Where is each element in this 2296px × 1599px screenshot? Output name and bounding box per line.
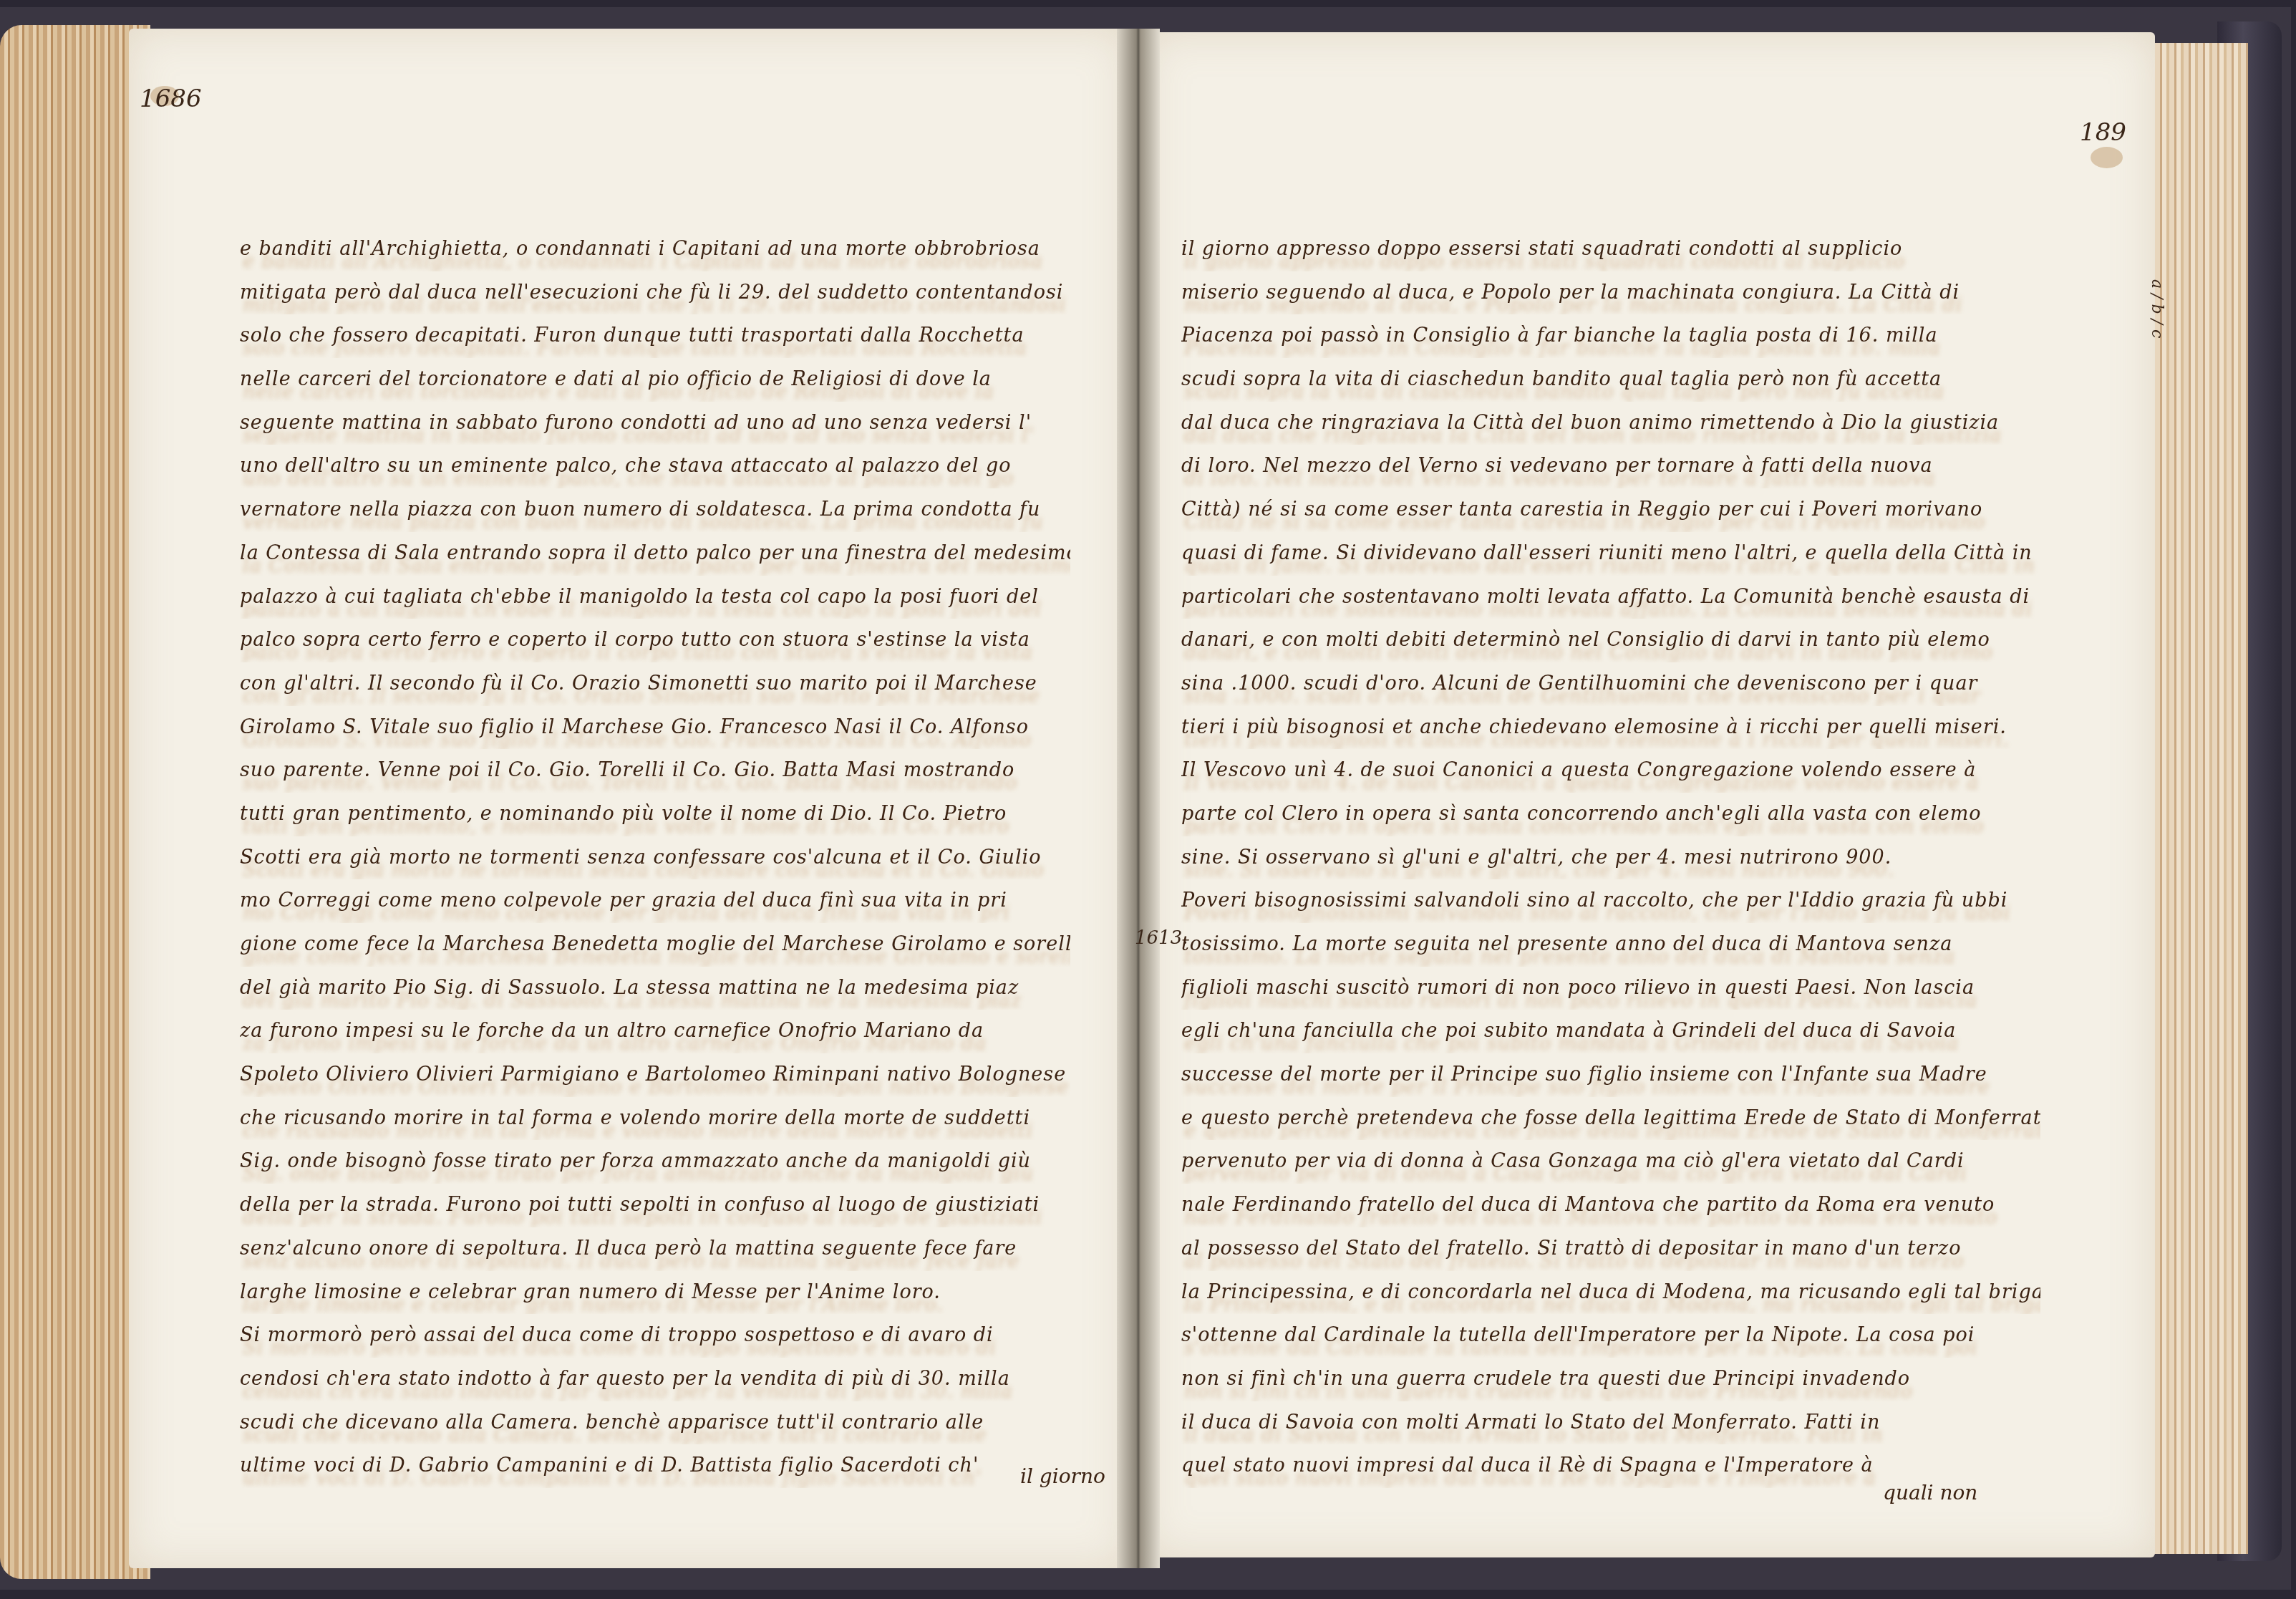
text-line: nelle carceri del torcionatore e dati al… bbox=[240, 358, 1070, 402]
text-line: e banditi all'Archighietta, o condannati… bbox=[240, 228, 1070, 271]
text-line: il giorno appresso doppo essersi stati s… bbox=[1181, 228, 2040, 271]
text-line: palco sopra certo ferro e coperto il cor… bbox=[240, 619, 1070, 662]
text-line: figlioli maschi suscitò rumori di non po… bbox=[1181, 967, 2040, 1010]
text-line: non si finì ch'in una guerra crudele tra… bbox=[1181, 1358, 2040, 1401]
catchword-right: quali non bbox=[1883, 1481, 1977, 1504]
text-line: scudi che dicevano alla Camera. benchè a… bbox=[240, 1401, 1070, 1445]
text-line: suo parente. Venne poi il Co. Gio. Torel… bbox=[240, 749, 1070, 793]
text-line: sine. Si osservano sì gl'uni e gl'altri,… bbox=[1181, 836, 2040, 880]
fore-edge-marks: a / b / c bbox=[2144, 279, 2166, 422]
text-line: mo Correggi come meno colpevole per graz… bbox=[240, 879, 1070, 923]
text-line: s'ottenne dal Cardinale la tutella dell'… bbox=[1181, 1314, 2040, 1358]
text-line: che ricusando morire in tal forma e vole… bbox=[240, 1097, 1070, 1141]
text-line: danari, e con molti debiti determinò nel… bbox=[1181, 619, 2040, 662]
text-line: della per la strada. Furono poi tutti se… bbox=[240, 1184, 1070, 1227]
text-line: con gl'altri. Il secondo fù il Co. Orazi… bbox=[240, 662, 1070, 706]
folio-number-right: 189 bbox=[2080, 118, 2126, 147]
text-line: larghe limosine e celebrar gran numero d… bbox=[240, 1271, 1070, 1315]
text-line: senz'alcuno onore di sepoltura. Il duca … bbox=[240, 1227, 1070, 1271]
text-line: e questo perchè pretendeva che fosse del… bbox=[1181, 1097, 2040, 1141]
text-line: Città) né si sa come esser tanta caresti… bbox=[1181, 488, 2040, 532]
text-line: tutti gran pentimento, e nominando più v… bbox=[240, 793, 1070, 836]
text-line: il duca di Savoia con molti Armati lo St… bbox=[1181, 1401, 2040, 1445]
text-line: quasi di fame. Si dividevano dall'esseri… bbox=[1181, 532, 2040, 576]
text-line: Sig. onde bisognò fosse tirato per forza… bbox=[240, 1140, 1070, 1184]
text-line: tieri i più bisognosi et anche chiedevan… bbox=[1181, 706, 2040, 750]
text-line: scudi sopra la vita di ciaschedun bandit… bbox=[1181, 358, 2040, 402]
left-page-text: e banditi all'Archighietta, o condannati… bbox=[240, 228, 1070, 1488]
margin-year-note: 1613. bbox=[1135, 927, 1188, 949]
text-line: Si mormorò però assai del duca come di t… bbox=[240, 1314, 1070, 1358]
text-line: palazzo à cui tagliata ch'ebbe il manigo… bbox=[240, 576, 1070, 619]
right-page-edges bbox=[2141, 43, 2248, 1554]
text-line: seguente mattina in sabbato furono condo… bbox=[240, 402, 1070, 445]
text-line: la Contessa di Sala entrando sopra il de… bbox=[240, 532, 1070, 576]
text-line: ultime voci di D. Gabrio Campanini e di … bbox=[240, 1444, 1070, 1488]
text-line: al possesso del Stato del fratello. Si t… bbox=[1181, 1227, 2040, 1271]
text-line: Poveri bisognosissimi salvandoli sino al… bbox=[1181, 879, 2040, 923]
text-line: Spoleto Oliviero Olivieri Parmigiano e B… bbox=[240, 1053, 1070, 1097]
text-line: Scotti era già morto ne tormenti senza c… bbox=[240, 836, 1070, 880]
text-line: sina .1000. scudi d'oro. Alcuni de Genti… bbox=[1181, 662, 2040, 706]
text-line: successe del morte per il Principe suo f… bbox=[1181, 1053, 2040, 1097]
text-line: mitigata però dal duca nell'esecuzioni c… bbox=[240, 271, 1070, 315]
text-line: za furono impesi su le forche da un altr… bbox=[240, 1010, 1070, 1053]
text-line: pervenuto per via di donna à Casa Gonzag… bbox=[1181, 1140, 2040, 1184]
text-line: particolari che sostentavano molti levat… bbox=[1181, 576, 2040, 619]
text-line: tosissimo. La morte seguita nel presente… bbox=[1181, 923, 2040, 967]
text-line: uno dell'altro su un eminente palco, che… bbox=[240, 445, 1070, 488]
text-line: Piacenza poi passò in Consiglio à far bi… bbox=[1181, 314, 2040, 358]
text-line: solo che fossero decapitati. Furon dunqu… bbox=[240, 314, 1070, 358]
left-page-edges bbox=[0, 25, 150, 1579]
text-line: Girolamo S. Vitale suo figlio il Marches… bbox=[240, 706, 1070, 750]
book-gutter bbox=[1117, 29, 1160, 1568]
folio-number-left: 1686 bbox=[140, 84, 202, 113]
text-line: di loro. Nel mezzo del Verno si vedevano… bbox=[1181, 445, 2040, 488]
right-page-text: il giorno appresso doppo essersi stati s… bbox=[1181, 228, 2040, 1488]
ink-stain bbox=[2091, 147, 2123, 168]
text-line: vernatore nella piazza con buon numero d… bbox=[240, 488, 1070, 532]
text-line: gione come fece la Marchesa Benedetta mo… bbox=[240, 923, 1070, 967]
text-line: del già marito Pio Sig. di Sassuolo. La … bbox=[240, 967, 1070, 1010]
text-line: parte col Clero in opera sì santa concor… bbox=[1181, 793, 2040, 836]
text-line: miserio seguendo al duca, e Popolo per l… bbox=[1181, 271, 2040, 315]
text-line: dal duca che ringraziava la Città del bu… bbox=[1181, 402, 2040, 445]
text-line: egli ch'una fanciulla che poi subito man… bbox=[1181, 1010, 2040, 1053]
text-line: cendosi ch'era stato indotto à far quest… bbox=[240, 1358, 1070, 1401]
catchword-left: il giorno bbox=[1020, 1464, 1105, 1488]
text-line: Il Vescovo unì 4. de suoi Canonici a que… bbox=[1181, 749, 2040, 793]
text-line: la Principessina, e di concordarla nel d… bbox=[1181, 1271, 2040, 1315]
text-line: nale Ferdinando fratello del duca di Man… bbox=[1181, 1184, 2040, 1227]
